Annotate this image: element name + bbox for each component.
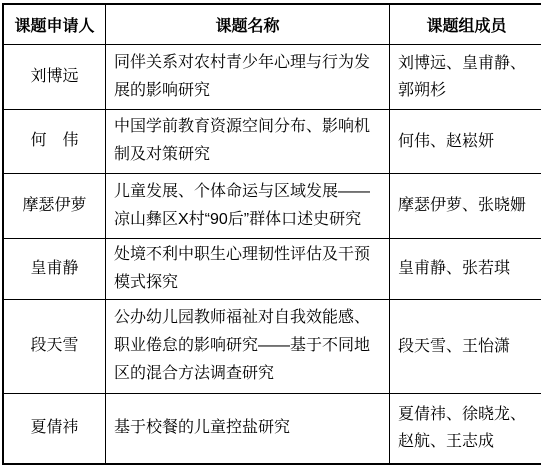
- title-cell: 中国学前教育资源空间分布、影响机制及对策研究: [106, 109, 390, 173]
- applicant-cell: 何 伟: [3, 109, 106, 173]
- members-cell: 刘博远、皇甫静、郭朔杉: [390, 44, 541, 109]
- applicant-cell: 刘博远: [3, 44, 106, 109]
- project-table: 课题申请人课题名称课题组成员 刘博远同伴关系对农村青少年心理与行为发展的影响研究…: [2, 3, 541, 465]
- table-row: 刘博远同伴关系对农村青少年心理与行为发展的影响研究刘博远、皇甫静、郭朔杉: [3, 44, 541, 109]
- table-body: 刘博远同伴关系对农村青少年心理与行为发展的影响研究刘博远、皇甫静、郭朔杉何 伟中…: [3, 44, 541, 464]
- table-head: 课题申请人课题名称课题组成员: [3, 4, 541, 44]
- title-cell: 基于校餐的儿童控盐研究: [106, 393, 390, 464]
- title-cell: 公办幼儿园教师福祉对自我效能感、职业倦怠的影响研究——基于不同地区的混合方法调查…: [106, 299, 390, 393]
- members-cell: 何伟、赵崧妍: [390, 109, 541, 173]
- table-row: 段天雪公办幼儿园教师福祉对自我效能感、职业倦怠的影响研究——基于不同地区的混合方…: [3, 299, 541, 393]
- column-header-applicant: 课题申请人: [3, 4, 106, 44]
- title-cell: 同伴关系对农村青少年心理与行为发展的影响研究: [106, 44, 390, 109]
- applicant-cell: 段天雪: [3, 299, 106, 393]
- title-cell: 儿童发展、个体命运与区域发展——凉山彝区X村“90后”群体口述史研究: [106, 173, 390, 238]
- members-cell: 皇甫静、张若琪: [390, 238, 541, 299]
- table-row: 皇甫静处境不利中职生心理韧性评估及干预模式探究皇甫静、张若琪: [3, 238, 541, 299]
- column-header-members: 课题组成员: [390, 4, 541, 44]
- applicant-cell: 夏倩祎: [3, 393, 106, 464]
- applicant-cell: 摩瑟伊萝: [3, 173, 106, 238]
- title-cell: 处境不利中职生心理韧性评估及干预模式探究: [106, 238, 390, 299]
- members-cell: 夏倩祎、徐晓龙、赵航、王志成: [390, 393, 541, 464]
- table-row: 夏倩祎基于校餐的儿童控盐研究夏倩祎、徐晓龙、赵航、王志成: [3, 393, 541, 464]
- members-cell: 摩瑟伊萝、张晓姗: [390, 173, 541, 238]
- header-row: 课题申请人课题名称课题组成员: [3, 4, 541, 44]
- column-header-title: 课题名称: [106, 4, 390, 44]
- table-row: 何 伟中国学前教育资源空间分布、影响机制及对策研究何伟、赵崧妍: [3, 109, 541, 173]
- applicant-cell: 皇甫静: [3, 238, 106, 299]
- members-cell: 段天雪、王怡潇: [390, 299, 541, 393]
- table-row: 摩瑟伊萝儿童发展、个体命运与区域发展——凉山彝区X村“90后”群体口述史研究摩瑟…: [3, 173, 541, 238]
